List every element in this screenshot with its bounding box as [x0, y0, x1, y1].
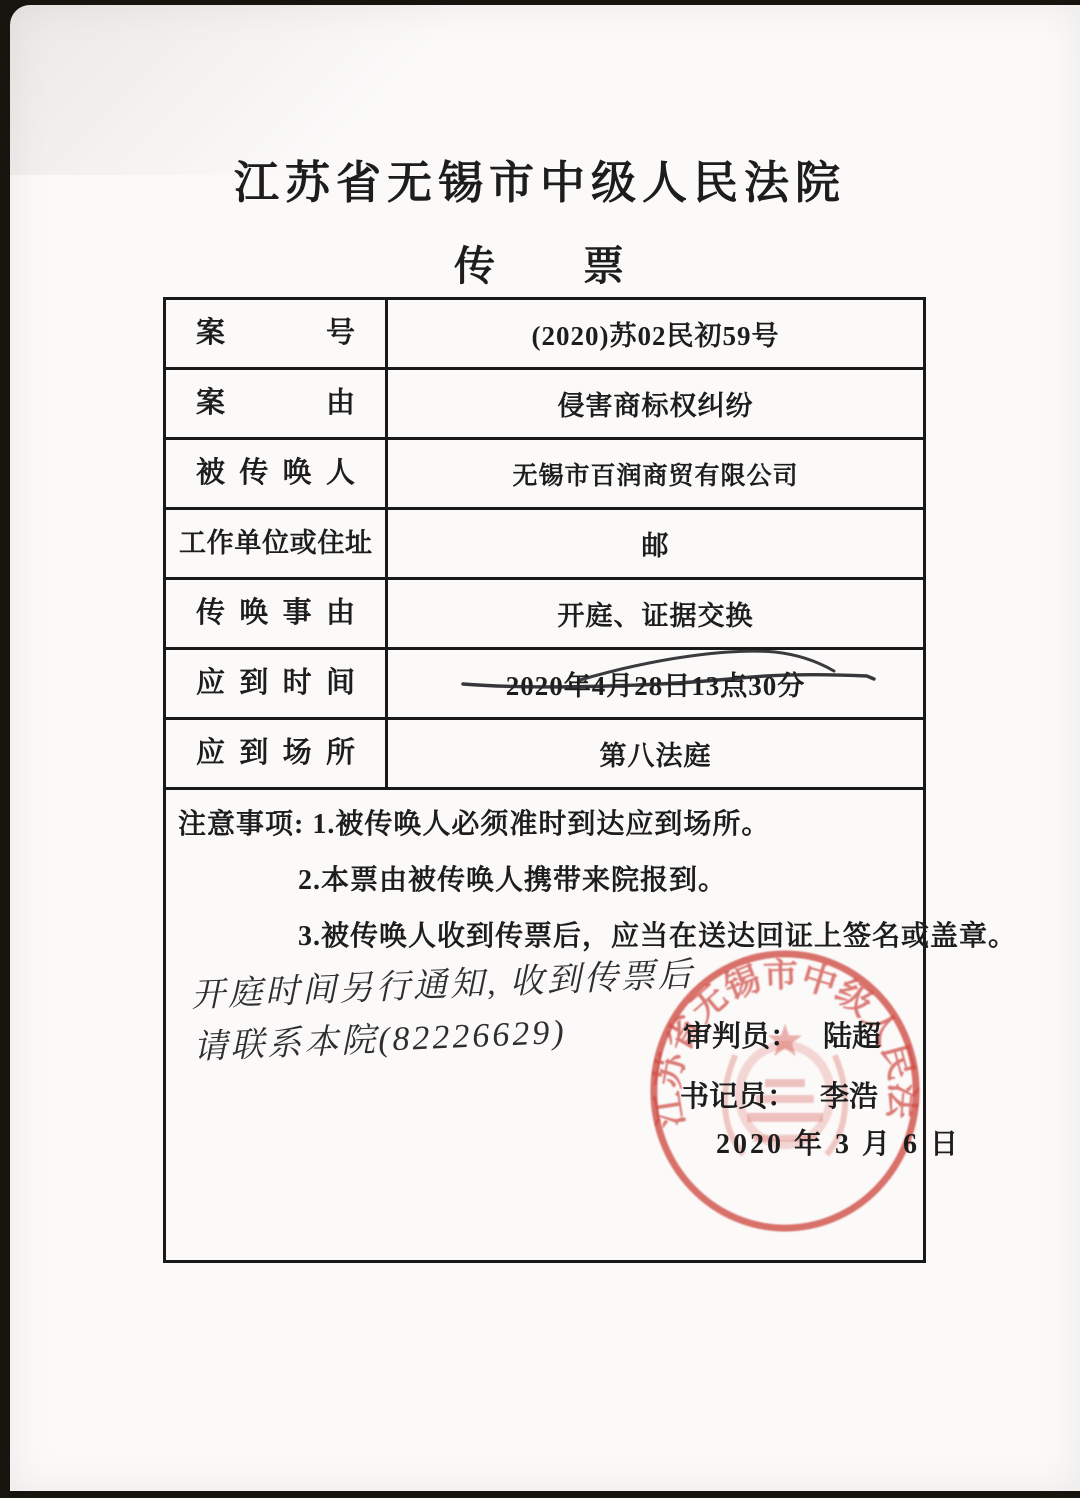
table-row-summons-reason: 传 唤 事 由 开庭、证据交换 — [166, 580, 923, 650]
judge-label: 审判员： — [683, 1021, 799, 1053]
clerk-name: 李浩 — [820, 1081, 878, 1113]
clerk-signature-line: 书记员：李浩 — [680, 1074, 878, 1115]
document-type-title: 传 票 — [0, 233, 1080, 292]
summoned-person-value: 无锡市百润商贸有限公司 — [388, 440, 923, 507]
table-row-case-number: 案 号 (2020)苏02民初59号 — [166, 300, 923, 370]
table-row-appearance-time: 应 到 时 间 2020年4月28日13点30分 — [166, 650, 923, 720]
table-row-appearance-place: 应 到 场 所 第八法庭 — [166, 720, 923, 790]
notes-item-1: 1.被传唤人必须准时到达应到场所。 — [312, 809, 770, 840]
notes-item-2: 2.本票由被传唤人携带来院报到。 — [298, 858, 727, 898]
work-unit-address-value: 邮 — [388, 510, 923, 577]
case-number-value: (2020)苏02民初59号 — [388, 300, 923, 367]
appearance-time-label: 应 到 时 间 — [166, 650, 388, 717]
clerk-label: 书记员： — [680, 1081, 796, 1113]
summons-reason-value: 开庭、证据交换 — [388, 580, 923, 647]
handwritten-note: 开庭时间另行通知, 收到传票后 请联系本院(82226629) — [190, 949, 698, 1074]
notes-line-1: 注意事项: 1.被传唤人必须准时到达应到场所。 — [178, 802, 770, 842]
court-name-title: 江苏省无锡市中级人民法院 — [0, 146, 1080, 211]
work-unit-address-label: 工作单位或住址 — [166, 510, 388, 577]
summoned-person-label: 被 传 唤 人 — [166, 440, 388, 507]
appearance-place-value: 第八法庭 — [388, 720, 923, 787]
scanned-summons-document: 江苏省无锡市中级人民法院 传 票 案 号 (2020)苏02民初59号 案 由 … — [0, 0, 1080, 1498]
appearance-place-label: 应 到 场 所 — [166, 720, 388, 787]
issue-date: 2020 年 3 月 6 日 — [716, 1122, 961, 1162]
scan-edge-top — [0, 0, 1080, 5]
judge-signature-line: 审判员：陆超 — [683, 1014, 881, 1055]
table-row-summoned-person: 被 传 唤 人 无锡市百润商贸有限公司 — [166, 440, 923, 510]
table-row-cause: 案 由 侵害商标权纠纷 — [166, 370, 923, 440]
table-row-work-unit-address: 工作单位或住址 邮 — [166, 510, 923, 580]
appearance-time-value: 2020年4月28日13点30分 — [388, 650, 923, 717]
notes-heading: 注意事项: — [178, 809, 304, 840]
case-number-label: 案 号 — [166, 300, 388, 367]
summons-reason-label: 传 唤 事 由 — [166, 580, 388, 647]
cause-label: 案 由 — [166, 370, 388, 437]
cause-value: 侵害商标权纠纷 — [388, 370, 923, 437]
judge-name: 陆超 — [823, 1021, 881, 1053]
